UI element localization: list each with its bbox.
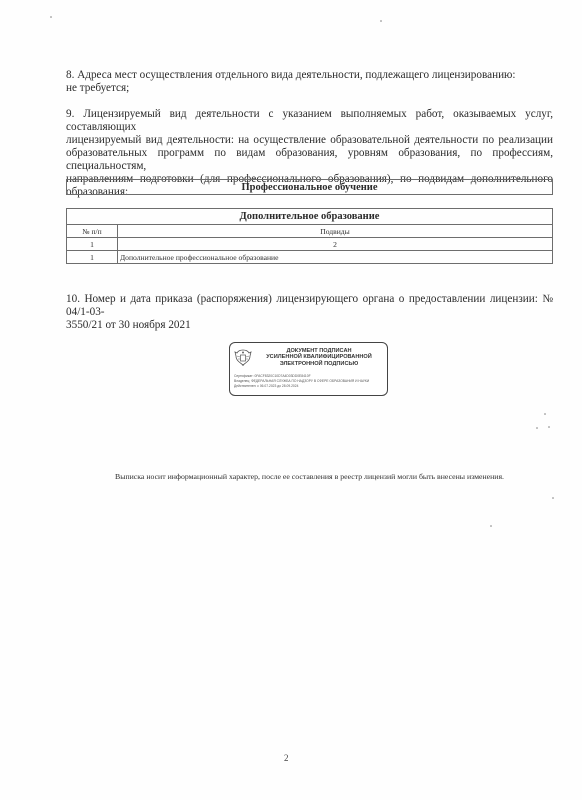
stamp-title-line: ЭЛЕКТРОННОЙ ПОДПИСЬЮ bbox=[254, 361, 384, 367]
document-page: 8. Адреса мест осуществления отдельного … bbox=[0, 0, 582, 800]
column-number-2: 2 bbox=[118, 238, 553, 251]
section-8-value: не требуется; bbox=[66, 82, 553, 95]
section-10-line: 3550/21 от 30 ноября 2021 bbox=[66, 319, 553, 332]
electronic-signature-stamp: ДОКУМЕНТ ПОДПИСАН УСИЛЕННОЙ КВАЛИФИЦИРОВ… bbox=[229, 342, 388, 396]
stamp-title-line: УСИЛЕННОЙ КВАЛИФИЦИРОВАННОЙ bbox=[254, 354, 384, 360]
section-9-line: 9. Лицензируемый вид деятельности с указ… bbox=[66, 108, 553, 134]
scan-speck bbox=[380, 20, 382, 22]
column-header-subtypes: Подвиды bbox=[118, 225, 553, 238]
section-8-line: 8. Адреса мест осуществления отдельного … bbox=[66, 69, 553, 82]
row-number: 1 bbox=[67, 251, 118, 264]
section-8-addresses: 8. Адреса мест осуществления отдельного … bbox=[66, 69, 553, 95]
scan-speck bbox=[544, 413, 546, 415]
column-number-1: 1 bbox=[67, 238, 118, 251]
scan-speck bbox=[552, 497, 554, 499]
section-10-line: 10. Номер и дата приказа (распоряжения) … bbox=[66, 293, 553, 319]
scan-speck bbox=[548, 426, 550, 428]
table-header-row: № п/п Подвиды bbox=[67, 225, 553, 238]
section-10-order: 10. Номер и дата приказа (распоряжения) … bbox=[66, 293, 553, 332]
table-column-numbers-row: 1 2 bbox=[67, 238, 553, 251]
stamp-validity: Действителен: с 06.07.2023 до 28.09.2024 bbox=[234, 384, 386, 389]
section-9-line: образовательных программ по видам образо… bbox=[66, 147, 553, 173]
table-row: 1 Дополнительное профессиональное образо… bbox=[67, 251, 553, 264]
scan-speck bbox=[490, 525, 492, 527]
informational-notice: Выписка носит информационный характер, п… bbox=[66, 472, 553, 481]
additional-education-table: Дополнительное образование № п/п Подвиды… bbox=[66, 208, 553, 264]
table-title: Дополнительное образование bbox=[67, 209, 553, 225]
scan-speck bbox=[50, 16, 52, 18]
stamp-title: ДОКУМЕНТ ПОДПИСАН УСИЛЕННОЙ КВАЛИФИЦИРОВ… bbox=[254, 348, 384, 367]
table-title: Профессиональное обучение bbox=[67, 180, 553, 195]
section-9-line: лицензируемый вид деятельности: на осуще… bbox=[66, 134, 553, 147]
row-subtype: Дополнительное профессиональное образова… bbox=[118, 251, 553, 264]
stamp-details: Сертификат: 0FACF8320C10D7A4D03DD0E8410F… bbox=[234, 374, 386, 389]
scan-speck bbox=[536, 427, 538, 429]
column-header-number: № п/п bbox=[67, 225, 118, 238]
coat-of-arms-icon bbox=[234, 348, 252, 368]
professional-training-table: Профессиональное обучение bbox=[66, 179, 553, 195]
page-number: 2 bbox=[284, 753, 289, 763]
